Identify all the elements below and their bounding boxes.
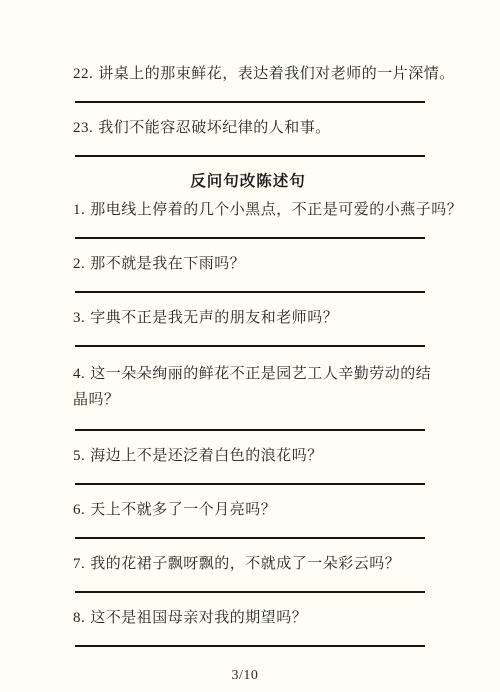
- item-text: 海边上不是还泛着白色的浪花吗？: [90, 448, 323, 464]
- item-text: 那不就是我在下雨吗？: [90, 256, 245, 272]
- item-number: 5.: [73, 448, 85, 464]
- answer-line: [75, 155, 425, 157]
- page-number: 3/10: [0, 668, 490, 684]
- item-text: 我们不能容忍破坏纪律的人和事。: [98, 120, 331, 136]
- item-number: 1.: [73, 202, 85, 218]
- answer-line: [75, 537, 425, 539]
- answer-line: [75, 345, 425, 347]
- item-number: 6.: [73, 502, 85, 518]
- item-text: 天上不就多了一个月亮吗？: [90, 502, 276, 518]
- item-number: 23.: [73, 120, 93, 136]
- item-text: 我的花裙子飘呀飘的，不就成了一朵彩云吗？: [90, 556, 400, 572]
- answer-line: [75, 291, 425, 293]
- item-number: 3.: [73, 310, 85, 326]
- sentence-item-3: 3.字典不正是我无声的朋友和老师吗？: [73, 307, 493, 329]
- item-text: 这不是祖国母亲对我的期望吗？: [90, 610, 307, 626]
- answer-line: [75, 591, 425, 593]
- item-number: 2.: [73, 256, 85, 272]
- item-text: 那电线上停着的几个小黑点，不正是可爱的小燕子吗？: [90, 202, 462, 218]
- sentence-item-1: 1.那电线上停着的几个小黑点，不正是可爱的小燕子吗？: [73, 199, 493, 221]
- worksheet-content: 22.讲桌上的那束鲜花，表达着我们对老师的一片深情。 23.我们不能容忍破坏纪律…: [73, 63, 493, 661]
- answer-line: [75, 645, 425, 647]
- item-text: 字典不正是我无声的朋友和老师吗？: [90, 310, 338, 326]
- item-text: 这一朵朵绚丽的鲜花不正是园艺工人辛勤劳动的结晶吗？: [73, 366, 431, 408]
- sentence-item-4: 4.这一朵朵绚丽的鲜花不正是园艺工人辛勤劳动的结晶吗？: [73, 361, 435, 413]
- answer-line: [75, 237, 425, 239]
- answer-line: [75, 429, 425, 431]
- worksheet-page: 22.讲桌上的那束鲜花，表达着我们对老师的一片深情。 23.我们不能容忍破坏纪律…: [0, 0, 500, 692]
- sentence-item-8: 8.这不是祖国母亲对我的期望吗？: [73, 607, 493, 629]
- sentence-item-2: 2.那不就是我在下雨吗？: [73, 253, 493, 275]
- item-number: 4.: [73, 366, 85, 382]
- item-number: 8.: [73, 610, 85, 626]
- section-title: 反问句改陈述句: [73, 171, 423, 193]
- sentence-item-6: 6.天上不就多了一个月亮吗？: [73, 499, 493, 521]
- item-text: 讲桌上的那束鲜花，表达着我们对老师的一片深情。: [98, 66, 455, 82]
- item-number: 7.: [73, 556, 85, 572]
- item-number: 22.: [73, 66, 93, 82]
- answer-line: [75, 483, 425, 485]
- sentence-item-7: 7.我的花裙子飘呀飘的，不就成了一朵彩云吗？: [73, 553, 493, 575]
- answer-line: [75, 101, 425, 103]
- sentence-item-5: 5.海边上不是还泛着白色的浪花吗？: [73, 445, 493, 467]
- sentence-item-22: 22.讲桌上的那束鲜花，表达着我们对老师的一片深情。: [73, 63, 493, 85]
- sentence-item-23: 23.我们不能容忍破坏纪律的人和事。: [73, 117, 493, 139]
